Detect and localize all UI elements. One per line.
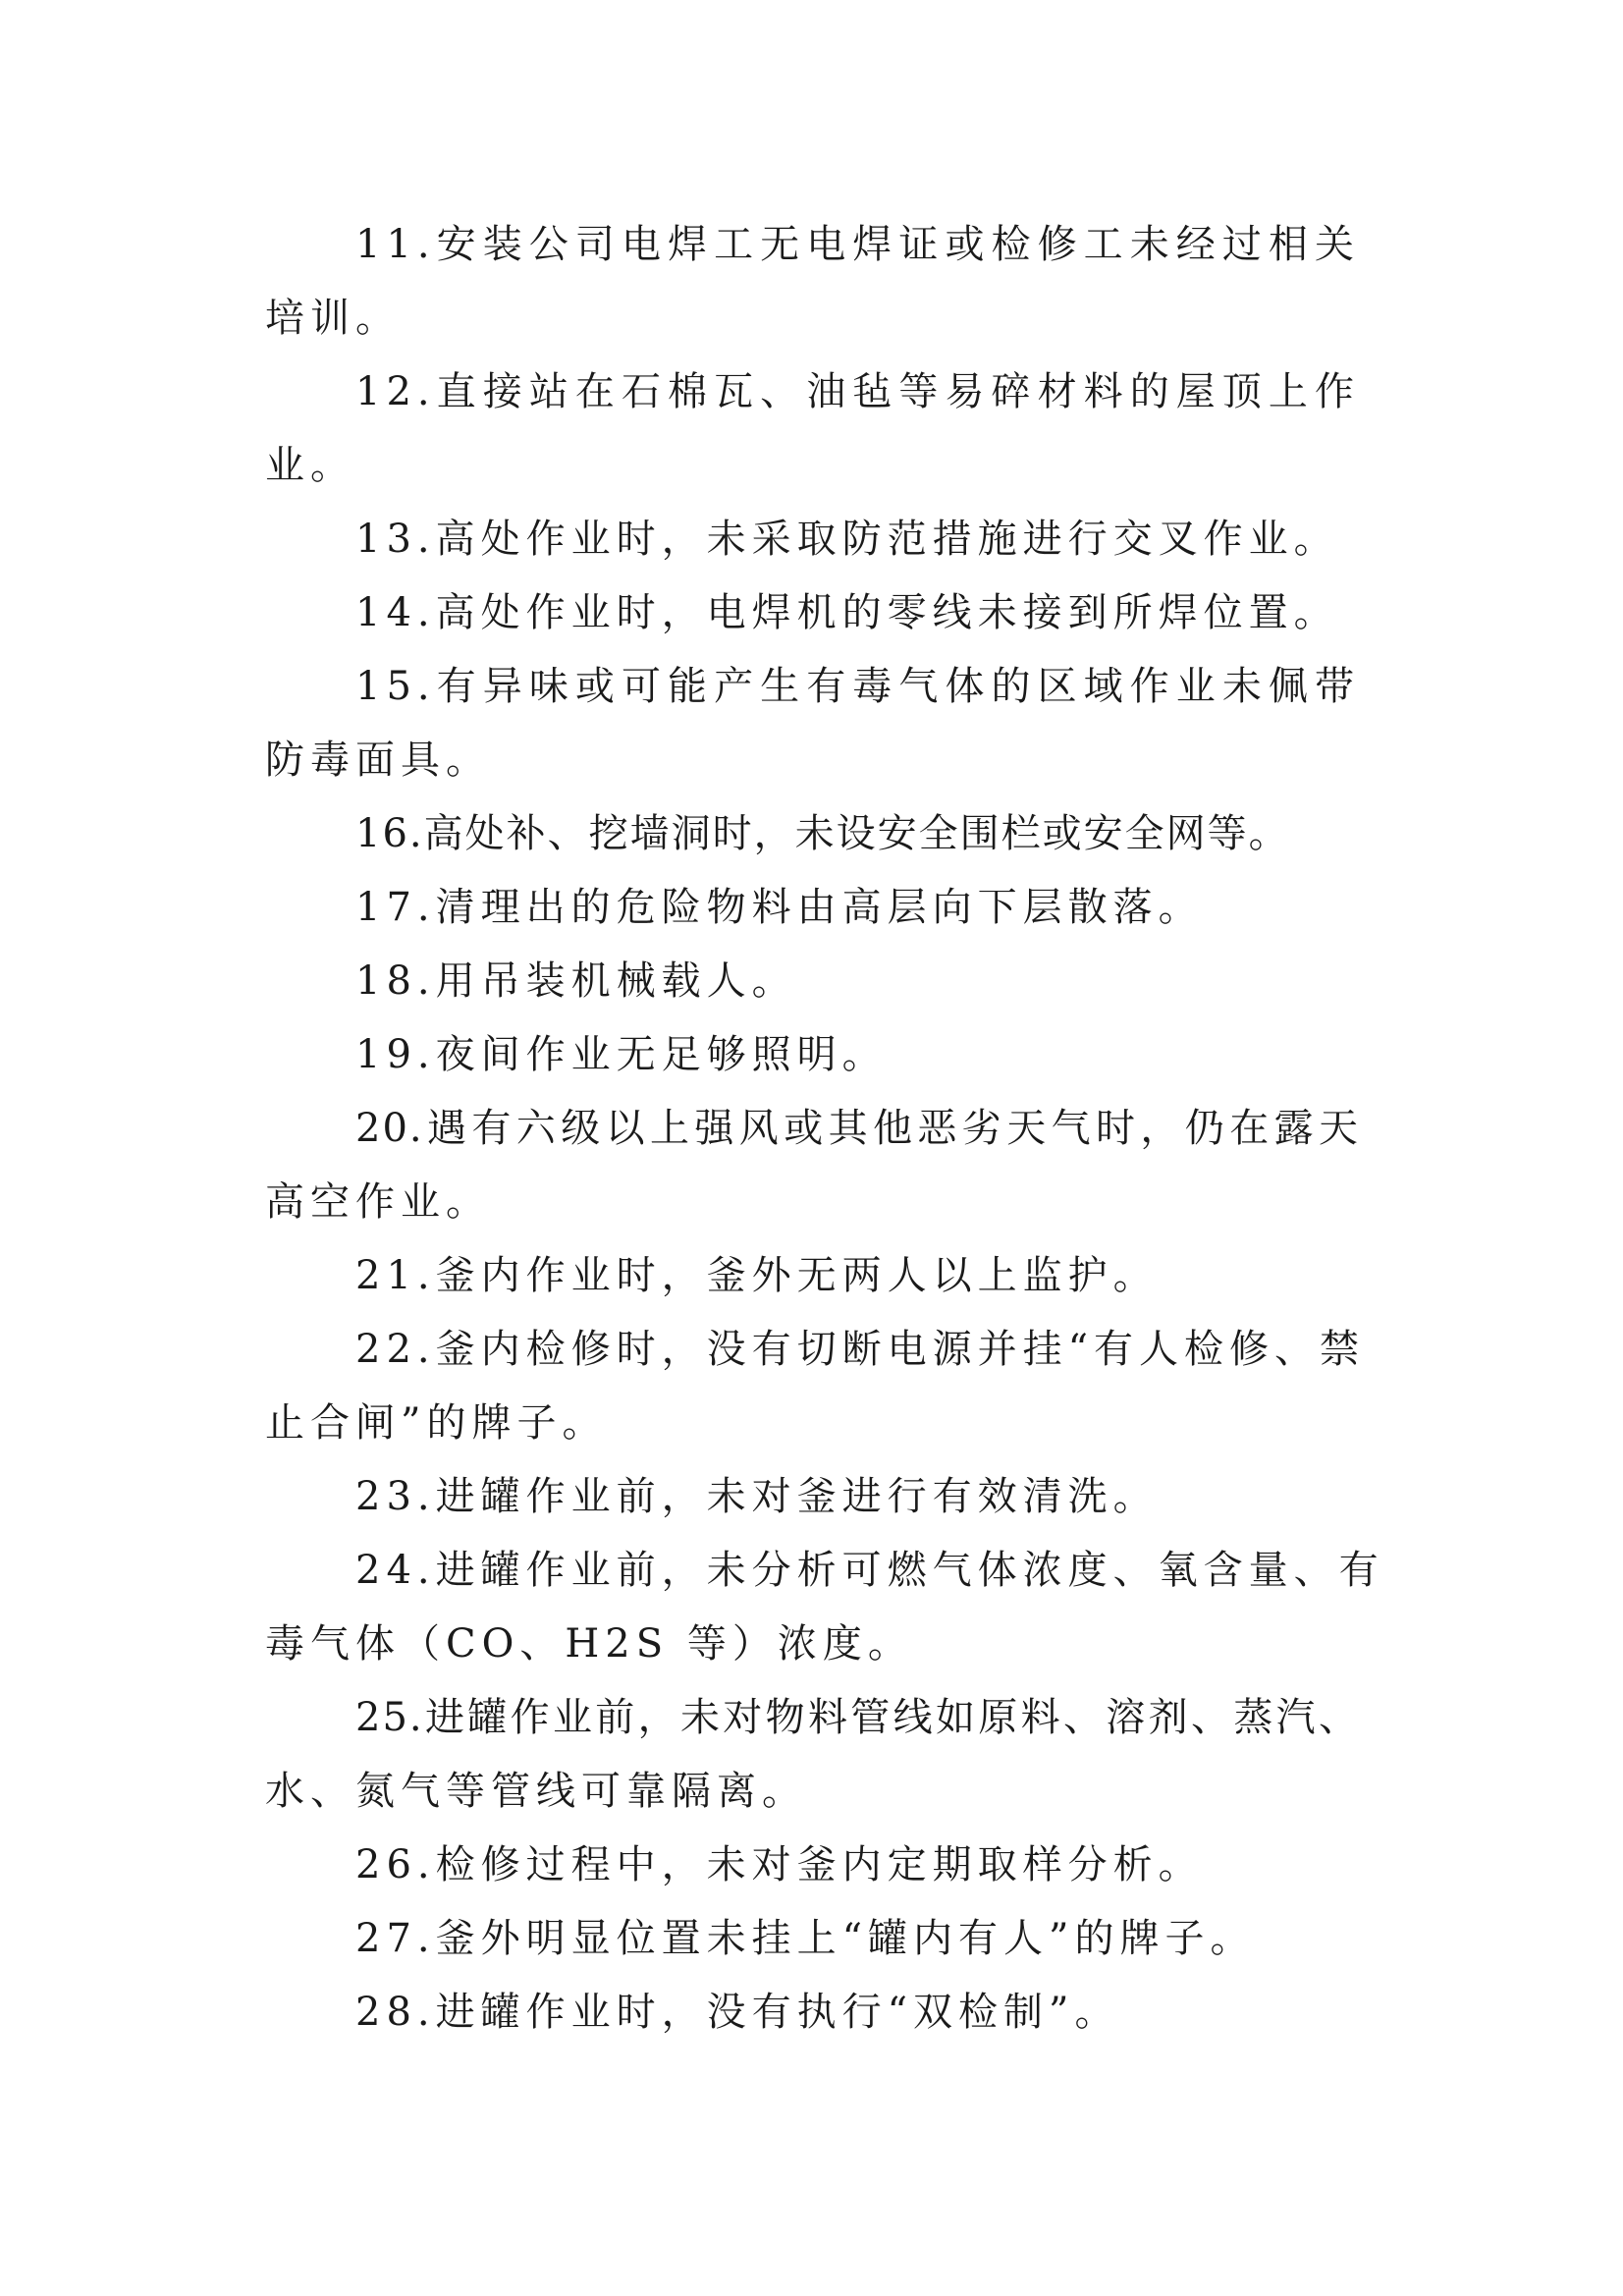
list-item-24-line-2: 毒气体（CO、H2S 等）浓度。 xyxy=(265,1608,1360,1681)
list-item-21: 21.釜内作业时，釜外无两人以上监护。 xyxy=(265,1239,1360,1313)
list-item-24-line-1: 24.进罐作业前，未分析可燃气体浓度、氧含量、有 xyxy=(265,1534,1360,1608)
list-item-15-line-1: 15.有异味或可能产生有毒气体的区域作业未佩带 xyxy=(265,650,1360,724)
list-item-14: 14.高处作业时，电焊机的零线未接到所焊位置。 xyxy=(265,576,1360,650)
list-item-22-line-2: 止合闸”的牌子。 xyxy=(265,1387,1360,1460)
list-item-20-line-2: 高空作业。 xyxy=(265,1166,1360,1239)
list-item-20-line-1: 20.遇有六级以上强风或其他恶劣天气时，仍在露天 xyxy=(265,1092,1360,1166)
list-item-26: 26.检修过程中，未对釜内定期取样分析。 xyxy=(265,1829,1360,1902)
list-item-25-line-2: 水、氮气等管线可靠隔离。 xyxy=(265,1755,1360,1829)
list-item-23: 23.进罐作业前，未对釜进行有效清洗。 xyxy=(265,1460,1360,1534)
list-item-11-line-2: 培训。 xyxy=(265,282,1360,355)
list-item-15-line-2: 防毒面具。 xyxy=(265,724,1360,797)
list-item-12-line-2: 业。 xyxy=(265,429,1360,503)
list-item-11-line-1: 11.安装公司电焊工无电焊证或检修工未经过相关 xyxy=(265,208,1360,282)
document-page: 11.安装公司电焊工无电焊证或检修工未经过相关 培训。 12.直接站在石棉瓦、油… xyxy=(0,0,1623,2296)
list-item-27: 27.釜外明显位置未挂上“罐内有人”的牌子。 xyxy=(265,1902,1360,1976)
list-item-28: 28.进罐作业时，没有执行“双检制”。 xyxy=(265,1976,1360,2050)
list-item-25-line-1: 25.进罐作业前，未对物料管线如原料、溶剂、蒸汽、 xyxy=(265,1681,1360,1755)
list-item-19: 19.夜间作业无足够照明。 xyxy=(265,1018,1360,1092)
list-item-12-line-1: 12.直接站在石棉瓦、油毡等易碎材料的屋顶上作 xyxy=(265,355,1360,429)
document-body: 11.安装公司电焊工无电焊证或检修工未经过相关 培训。 12.直接站在石棉瓦、油… xyxy=(265,208,1360,2050)
list-item-18: 18.用吊装机械载人。 xyxy=(265,945,1360,1018)
list-item-22-line-1: 22.釜内检修时，没有切断电源并挂“有人检修、禁 xyxy=(265,1313,1360,1387)
list-item-17: 17.清理出的危险物料由高层向下层散落。 xyxy=(265,871,1360,945)
list-item-16: 16.高处补、挖墙洞时，未设安全围栏或安全网等。 xyxy=(265,797,1360,871)
list-item-13: 13.高处作业时，未采取防范措施进行交叉作业。 xyxy=(265,503,1360,576)
